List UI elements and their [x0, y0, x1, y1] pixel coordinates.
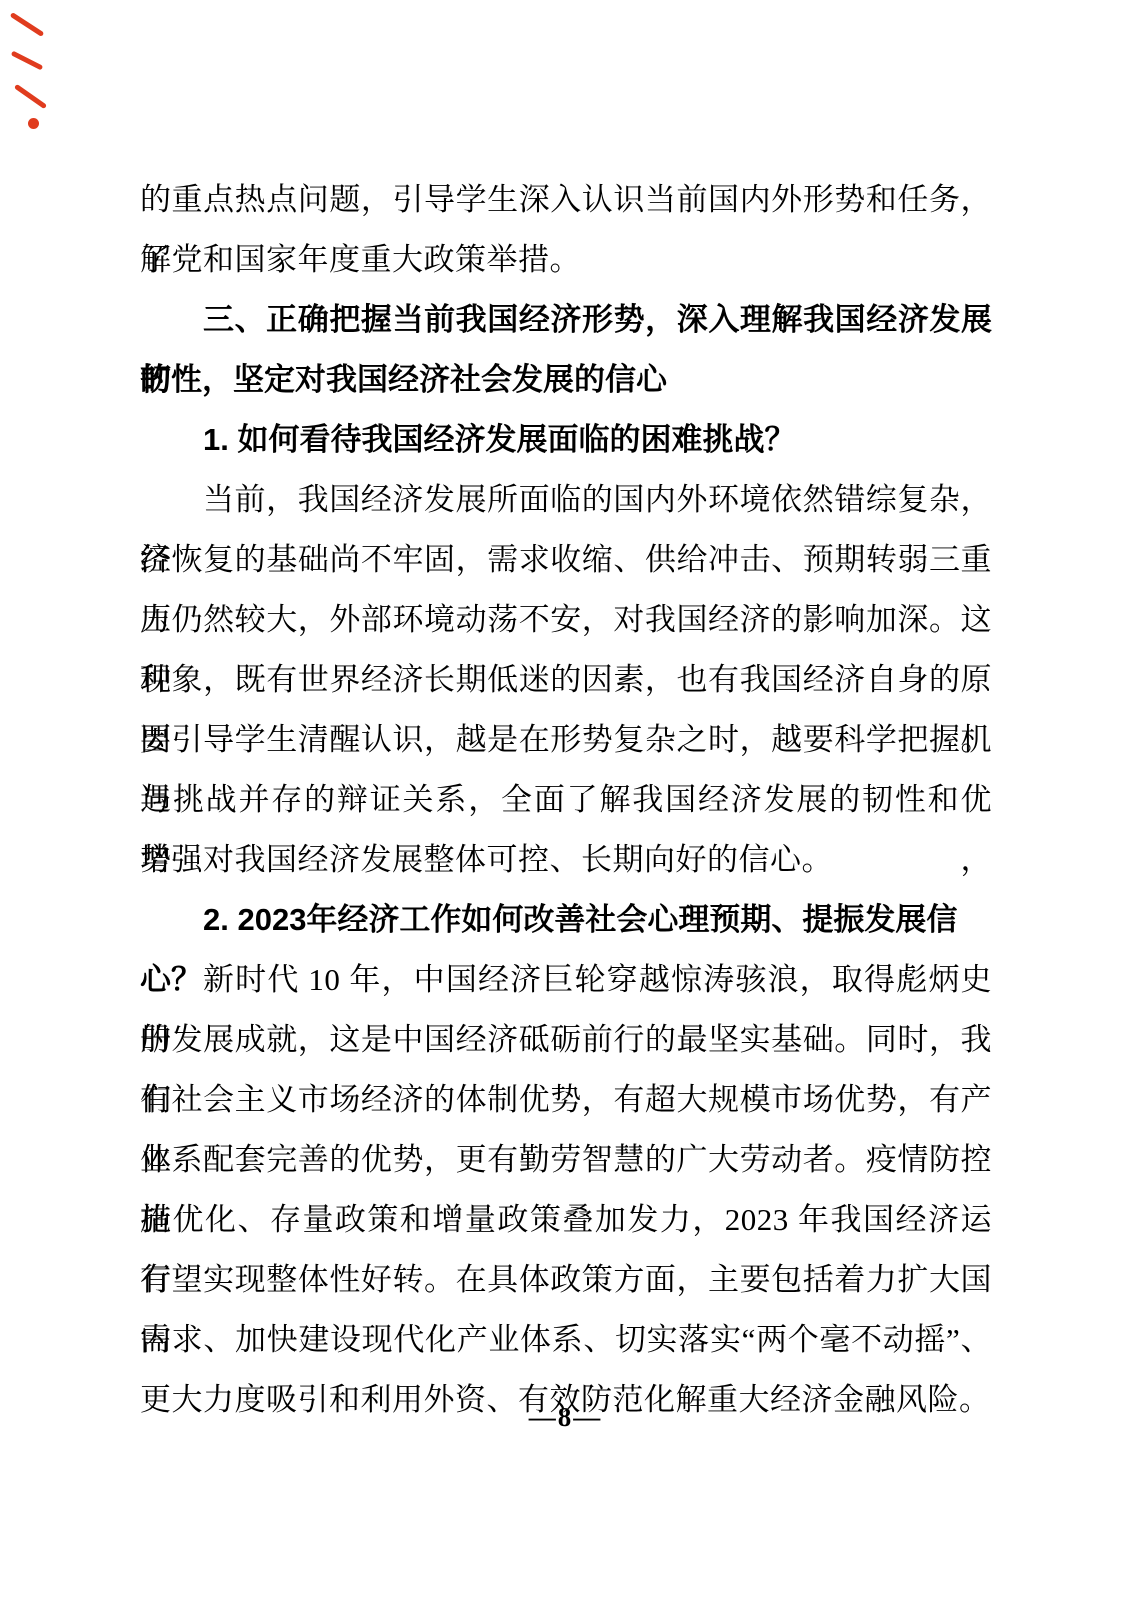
body-line: 有望实现整体性好转。在具体政策方面，主要包括着力扩大国内 — [140, 1250, 992, 1310]
body-line: 济恢复的基础尚不牢固，需求收缩、供给冲击、预期转弱三重压 — [140, 530, 992, 590]
body-line: 的发展成就，这是中国经济砥砺前行的最坚实基础。同时，我们 — [140, 1010, 992, 1070]
question-heading: 2. 2023年经济工作如何改善社会心理预期、提振发展信心？ — [140, 890, 992, 950]
section-heading: 韧性，坚定对我国经济社会发展的信心 — [140, 350, 992, 410]
document-page: 的重点热点问题，引导学生深入认识当前国内外形势和任务，了 解党和国家年度重大政策… — [0, 0, 1131, 1600]
red-edge-mark-icon — [11, 51, 44, 71]
page-number: —8— — [0, 1402, 1131, 1433]
body-line: 新时代 10 年，中国经济巨轮穿越惊涛骇浪，取得彪炳史册 — [140, 950, 992, 1010]
body-line: 要引导学生清醒认识，越是在形势复杂之时，越要科学把握机遇 — [140, 710, 992, 770]
body-line: 力仍然较大，外部环境动荡不安，对我国经济的影响加深。这种 — [140, 590, 992, 650]
red-edge-mark-icon — [28, 118, 39, 129]
body-line: 的重点热点问题，引导学生深入认识当前国内外形势和任务，了 — [140, 170, 992, 230]
body-line: 解党和国家年度重大政策举措。 — [140, 230, 992, 290]
body-line: 施优化、存量政策和增量政策叠加发力，2023 年我国经济运行 — [140, 1190, 992, 1250]
body-line: 有社会主义市场经济的体制优势，有超大规模市场优势，有产业 — [140, 1070, 992, 1130]
body-line: 体系配套完善的优势，更有勤劳智慧的广大劳动者。疫情防控措 — [140, 1130, 992, 1190]
body-line: 当前，我国经济发展所面临的国内外环境依然错综复杂，经 — [140, 470, 992, 530]
body-line: 与挑战并存的辩证关系，全面了解我国经济发展的韧性和优势， — [140, 770, 992, 830]
text-block: 的重点热点问题，引导学生深入认识当前国内外形势和任务，了 解党和国家年度重大政策… — [140, 170, 992, 1430]
body-line: 现象，既有世界经济长期低迷的因素，也有我国经济自身的原因。 — [140, 650, 992, 710]
question-heading: 1. 如何看待我国经济发展面临的困难挑战？ — [140, 410, 992, 470]
red-edge-mark-icon — [10, 12, 45, 37]
body-line: 需求、加快建设现代化产业体系、切实落实“两个毫不动摇”、 — [140, 1310, 992, 1370]
red-edge-mark-icon — [14, 84, 47, 109]
section-heading: 三、正确把握当前我国经济形势，深入理解我国经济发展的 — [140, 290, 992, 350]
